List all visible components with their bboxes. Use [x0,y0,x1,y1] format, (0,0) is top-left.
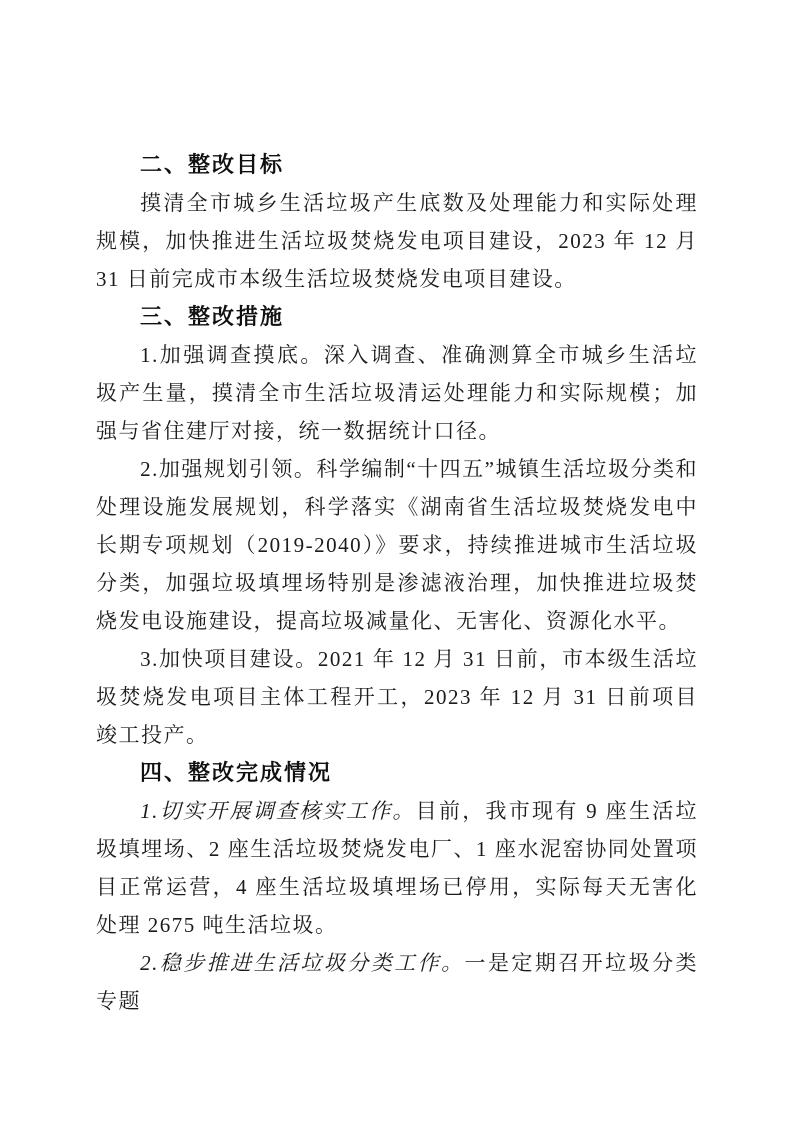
document-page: 二、整改目标 摸清全市城乡生活垃圾产生底数及处理能力和实际处理规模，加快推进生活… [0,0,793,1122]
paragraph-measure-1: 1.加强调查摸底。深入调查、准确测算全市城乡生活垃圾产生量，摸清全市生活垃圾清运… [96,336,698,450]
paragraph-measure-2: 2.加强规划引领。科学编制“十四五”城镇生活垃圾分类和处理设施发展规划，科学落实… [96,450,698,640]
section-heading-rectification-measures: 三、整改措施 [96,298,698,336]
paragraph-completion-1: 1.切实开展调查核实工作。目前，我市现有 9 座生活垃圾填埋场、2 座生活垃圾焚… [96,792,698,944]
document-content: 二、整改目标 摸清全市城乡生活垃圾产生底数及处理能力和实际处理规模，加快推进生活… [96,146,698,1020]
paragraph-completion-2-lead: 2.稳步推进生活垃圾分类工作。 [140,951,464,975]
paragraph-completion-2: 2.稳步推进生活垃圾分类工作。一是定期召开垃圾分类专题 [96,944,698,1020]
section-heading-rectification-completion: 四、整改完成情况 [96,754,698,792]
section-heading-rectification-goals: 二、整改目标 [96,146,698,184]
paragraph-measure-3: 3.加快项目建设。2021 年 12 月 31 日前，市本级生活垃圾焚烧发电项目… [96,640,698,754]
paragraph-goals-body: 摸清全市城乡生活垃圾产生底数及处理能力和实际处理规模，加快推进生活垃圾焚烧发电项… [96,184,698,298]
paragraph-completion-1-lead: 1.切实开展调查核实工作。 [140,799,416,823]
